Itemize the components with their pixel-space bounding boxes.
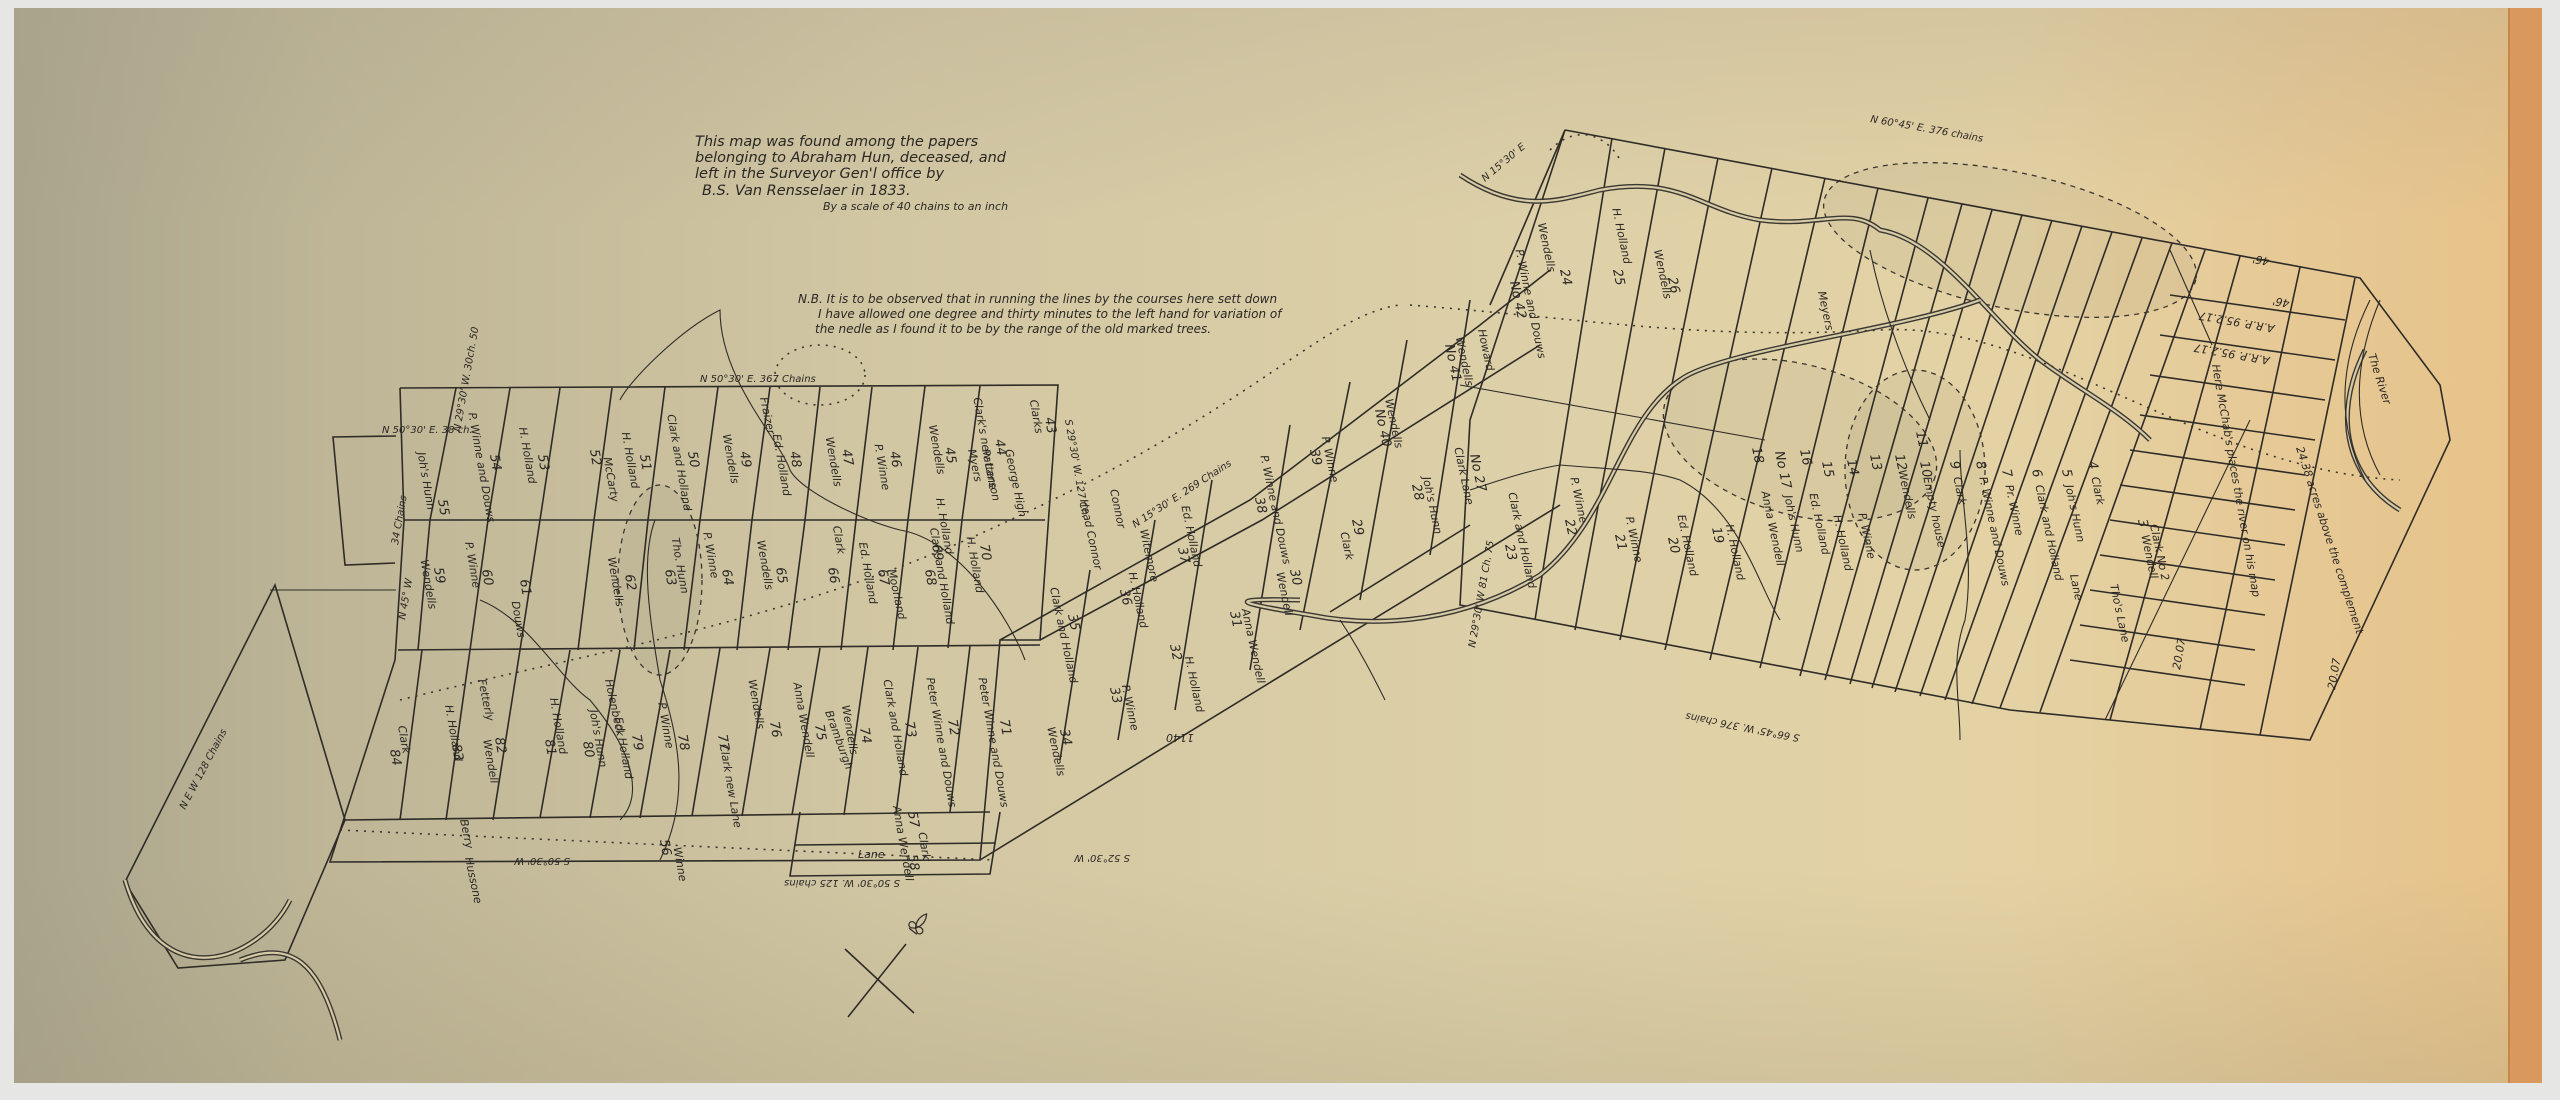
lane-label: Lane: [858, 848, 885, 861]
lot-owner: McCarty: [601, 456, 622, 503]
nb-note: N.B. It is to be observed that in runnin…: [798, 292, 1283, 336]
lot-number: 4: [2084, 460, 2100, 471]
lot-owner: P. Winne: [1119, 683, 1141, 732]
lot-owner: Wendells: [720, 433, 742, 485]
lot-number: 61: [516, 578, 534, 597]
title-line-1: This map was found among the papers: [695, 134, 979, 150]
creeks: [480, 250, 1968, 860]
lot-owner: Peter Winne and Douws: [923, 676, 959, 808]
lot-number: 78: [674, 733, 692, 752]
lot-owner: P. Winne: [872, 443, 893, 492]
house-label: Moorland: [885, 568, 909, 622]
lots-west-upper: 43Clarks 44Clark's new Lane 45Wendells 4…: [414, 394, 1059, 524]
lot-owner: Clark: [830, 525, 848, 556]
bearing-nw-edge: N E W 128 Chains: [178, 727, 230, 811]
bearing-south-52: S 52°30' W: [1073, 852, 1130, 863]
lot-owner: Joh's Hunn: [586, 707, 609, 769]
lot-number: 7: [1998, 468, 2015, 480]
lot-owner: Clark: [2088, 476, 2107, 507]
grid-value: 46': [2251, 252, 2270, 268]
scale-note: By a scale of 40 chains to an inch: [823, 200, 1008, 213]
title-line-4: B.S. Van Rensselaer in 1833.: [702, 183, 911, 199]
lot-owner: P. Winne: [1567, 476, 1589, 525]
lot-owner: Joh's Hunn: [414, 449, 437, 511]
house-label: Fetterly: [475, 678, 497, 723]
nb-line-3: the nedle as I found it to be by the ran…: [815, 322, 1211, 336]
lot-owner: Wendells: [417, 558, 439, 610]
lot-owner: H. Holland: [1182, 655, 1207, 715]
lot-owner: Wendells: [1651, 248, 1674, 300]
lot-owner: Wendells: [823, 436, 845, 488]
survey-map: This map was found among the papers belo…: [0, 0, 2560, 1100]
lot-owner: Wendells: [754, 539, 776, 591]
lot-number: 66: [824, 566, 842, 585]
house-label: Howard: [1475, 328, 1497, 373]
river-acres-note: 24.38 acres above the complement: [2293, 445, 2366, 636]
title-line-3: left in the Surveyor Gen'l office by: [695, 166, 945, 182]
lot-number: 24: [1556, 268, 1574, 287]
lot-number: 32: [1166, 643, 1184, 662]
lot-owner: H. Holland: [1723, 523, 1748, 583]
lot-owner: P. Winne: [700, 531, 721, 580]
bearing-top: N 60°45' E. 376 chains: [1869, 114, 1983, 145]
catalog-mark: 1140: [1166, 731, 1194, 744]
lot-owner: Peter Winne and Douws: [975, 676, 1011, 808]
lot-owner: Anna Wendell: [1239, 606, 1268, 684]
house-label: Witemore: [1137, 528, 1161, 584]
lot-owner: Clark and Holland: [2032, 484, 2065, 583]
title-line-2: belonging to Abraham Hun, deceased, and: [695, 150, 1007, 166]
grid-value: 20.07: [2170, 637, 2188, 670]
house-label: Fraizer: [757, 396, 778, 437]
fleur-de-lis-icon: [907, 909, 933, 936]
bearing-east-side: N 29°30' W 81 Ch. 75: [1467, 540, 1497, 649]
house-label: Hussone: [462, 856, 485, 905]
lot-owner: P. Winne: [462, 541, 483, 590]
lot-owner: P. Winne: [655, 701, 676, 750]
house-label: Meyers: [1815, 290, 1836, 332]
house-label: George High: [1002, 448, 1029, 518]
lot-number: 5: [2058, 468, 2074, 479]
grid-value: 46': [2271, 294, 2290, 310]
lane-label: Tho's Lane: [2107, 583, 2132, 644]
grid-value: 20.07: [2325, 657, 2343, 690]
lots-west-lower: 71Peter Winne and Douws 72Peter Winne an…: [382, 674, 1026, 885]
lot-number: 8: [1972, 460, 1988, 471]
house-label: Connor: [1107, 488, 1128, 531]
lane-label: Lane: [2067, 573, 2085, 602]
lot-owner: Wendells: [1535, 222, 1558, 274]
lot-number: 58: [904, 853, 922, 872]
house-label: Head Connor: [1077, 498, 1105, 572]
bearing-bottom-lane: S 50°30' W. 125 chains: [784, 877, 900, 888]
lot-number: 6: [2028, 468, 2044, 479]
bearing-middle-top: N 50°30' E. 367 Chains: [700, 374, 816, 385]
bearing-diag-upper: N 15°30' E: [1480, 141, 1528, 184]
lots-west-middle: 59Wendells 60P. Winne 61Douws 62Wendells…: [417, 497, 999, 639]
river-label: The River: [2365, 352, 2394, 407]
nb-line-1: N.B. It is to be observed that in runnin…: [798, 292, 1277, 306]
lot-owner: Winne: [671, 846, 690, 883]
lot-owner: Joh's Hunn: [2062, 482, 2087, 544]
lot-owner: Clarks: [1027, 399, 1046, 435]
title-note: This map was found among the papers belo…: [695, 134, 1008, 213]
lot-owner: Clark and Holland: [1047, 586, 1080, 685]
west-block: [125, 385, 1058, 968]
bearing-bottom: S 66°45' W. 376 chains: [1685, 710, 1801, 743]
lot-owner: Clark and Holland: [1505, 491, 1538, 590]
lot-owner: Wendells: [926, 424, 948, 476]
lot-number: 25: [1609, 268, 1627, 287]
compass-rose: [845, 909, 933, 1017]
lot-number: 76: [766, 720, 784, 739]
bearing-bottom-mid: S 50°30' W: [513, 855, 570, 866]
lot-owner: H. Holland: [1831, 514, 1856, 574]
nb-line-2: I have allowed one degree and thirty min…: [818, 307, 1283, 321]
lot-owner: H. Holland: [1609, 207, 1634, 267]
grid-value: A.R.P. 95.2.17: [2198, 309, 2277, 335]
house-label: Berry: [457, 818, 476, 850]
